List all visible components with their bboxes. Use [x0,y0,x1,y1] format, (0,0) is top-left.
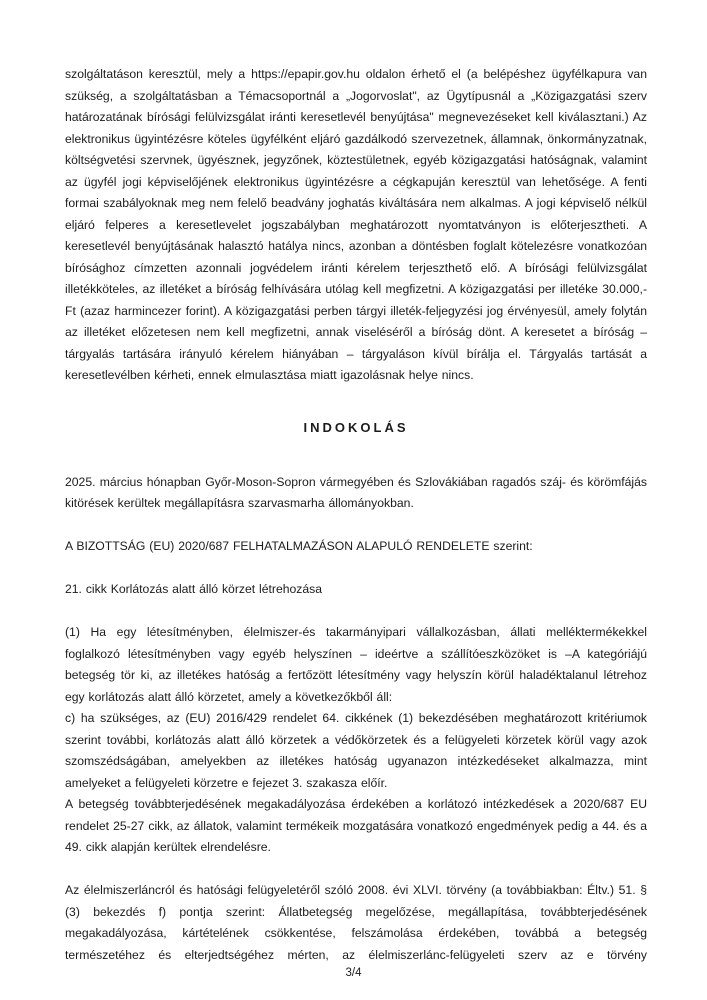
paragraph-measures-basis: A betegség továbbterjedésének megakadály… [65,794,647,859]
paragraph-regulation-reference: A BIZOTTSÁG (EU) 2020/687 FELHATALMAZÁSO… [65,536,647,558]
document-body: szolgáltatáson keresztül, mely a https:/… [65,64,647,966]
paragraph-procedural-rules: szolgáltatáson keresztül, mely a https:/… [65,64,647,387]
paragraph-article-21-point-c: c) ha szükséges, az (EU) 2016/429 rendel… [65,708,647,794]
paragraph-article-21-title: 21. cikk Korlátozás alatt álló körzet lé… [65,579,647,601]
page-number: 3/4 [0,967,707,979]
paragraph-outbreak-statement: 2025. március hónapban Győr-Moson-Sopron… [65,472,647,515]
section-heading-indokolas: INDOKOLÁS [65,417,647,439]
document-page: szolgáltatáson keresztül, mely a https:/… [0,0,707,1000]
paragraph-eltv-51: Az élelmiszerláncról és hatósági felügye… [65,880,647,966]
paragraph-article-21-section-1: (1) Ha egy létesítményben, élelmiszer-és… [65,622,647,708]
